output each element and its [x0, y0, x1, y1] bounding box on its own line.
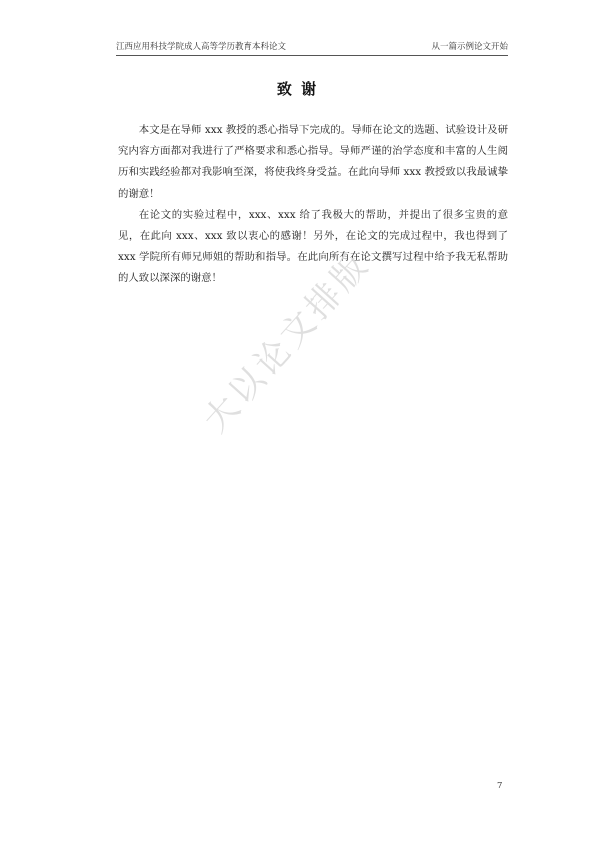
- section-title: 致 谢: [0, 78, 595, 99]
- page-number: 7: [497, 781, 502, 791]
- header-school-title: 江西应用科技学院成人高等学历教育本科论文: [116, 41, 286, 53]
- page-header: 江西应用科技学院成人高等学历教育本科论文 从一篇示例论文开始: [116, 41, 508, 56]
- paragraph-1: 本文是在导师 xxx 教授的悉心指导下完成的。导师在论文的选题、试验设计及研究内…: [118, 120, 508, 205]
- header-right-text: 从一篇示例论文开始: [431, 41, 508, 53]
- acknowledgement-body: 本文是在导师 xxx 教授的悉心指导下完成的。导师在论文的选题、试验设计及研究内…: [118, 120, 508, 290]
